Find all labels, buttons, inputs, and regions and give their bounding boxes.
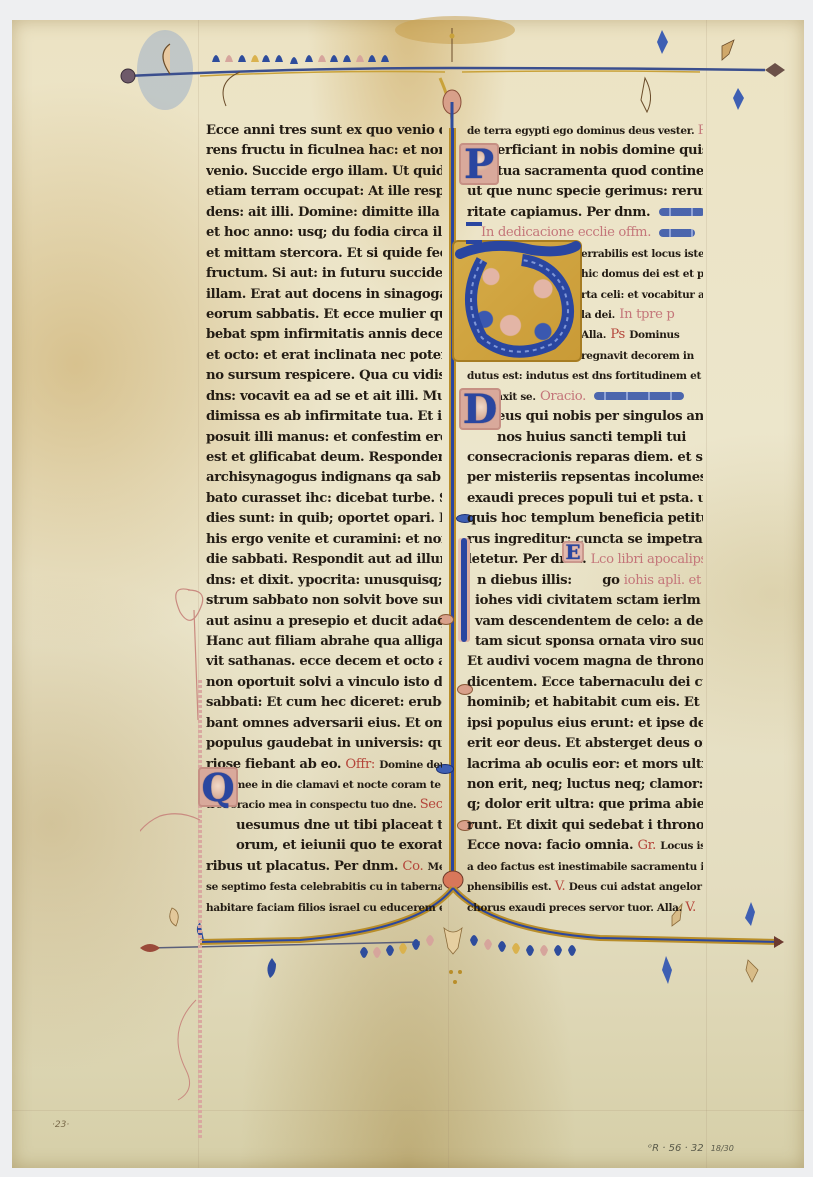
text-line: erficiant in nobis domine quis bbox=[467, 141, 703, 161]
initial-p: P bbox=[459, 143, 499, 185]
text-line: rus ingreditur: cuncta se impetrasse bbox=[467, 530, 703, 550]
initial-letter: P bbox=[459, 143, 499, 185]
text-line: Hanc aut filiam abrahe qua alliga bbox=[206, 632, 442, 652]
text-line: bebat spm infirmitatis annis decem bbox=[206, 325, 442, 345]
text-line: dicentem. Ecce tabernaculu dei cum bbox=[467, 673, 703, 693]
rubric-dedication: In dedicacione ecclie offm. bbox=[467, 225, 651, 240]
text-line: etiam terram occupat: At ille respon bbox=[206, 182, 442, 202]
text-fragment: phensibilis est. bbox=[467, 881, 551, 893]
text-fragment: Ecce nova: facio omnia. bbox=[467, 838, 633, 853]
text-line: dies sunt: in quib; oportet opari. In bbox=[206, 509, 442, 529]
text-fragment: ribus ut placatus. Per dnm. bbox=[206, 859, 398, 874]
line-filler bbox=[594, 392, 684, 400]
leaf-cluster-left bbox=[212, 55, 298, 64]
text-line: posuit illi manus: et confestim erecta bbox=[206, 428, 442, 448]
line-filler bbox=[659, 229, 695, 237]
lower-leaf-cluster bbox=[360, 935, 576, 958]
text-line: sabbati: Et cum hec diceret: erubesce bbox=[206, 693, 442, 713]
text-line: nos huius sancti templi tui bbox=[467, 428, 703, 448]
text-fragment: la dei. bbox=[581, 309, 615, 321]
text-line: per misteriis repsentas incolumes: bbox=[467, 468, 703, 488]
text-fragment: Alla. bbox=[581, 329, 606, 341]
rubric-iohannes: iohis apli. et bbox=[624, 573, 701, 588]
left-column: Ecce anni tres sunt ex quo venio que ren… bbox=[206, 121, 442, 918]
text-line: dns: et dixit. ypocrita: unusquisq; ve bbox=[206, 571, 442, 591]
text-line: de terra egypti ego dominus deus vester.… bbox=[467, 121, 703, 141]
initial-i-stroke bbox=[461, 538, 467, 642]
text-line: ipsi populus eius erunt: et ipse deus cu… bbox=[467, 714, 703, 734]
initial-letter: Q bbox=[198, 767, 238, 807]
text-line: his ergo venite et curamini: et non i bbox=[206, 530, 442, 550]
text-line: phensibilis est. V. Deus cui adstat ange… bbox=[467, 877, 703, 897]
text-line: habitare faciam filios israel cu educere… bbox=[206, 898, 442, 918]
text-line: dutus est: indutus est dns fortitudinem … bbox=[467, 366, 703, 386]
text-fragment: Locus iste bbox=[660, 840, 703, 852]
text-line: et mittam stercora. Et si quide fecerit bbox=[206, 244, 442, 264]
leaf-cluster-right bbox=[305, 55, 389, 62]
text-line: n diebus illis: go iohis apli. et bbox=[467, 571, 703, 591]
text-line: non oportuit solvi a vinculo isto die bbox=[206, 673, 442, 693]
shelfmark-text: ᵒR · 56 · 32 bbox=[648, 1143, 704, 1154]
text-line: dimissa es ab infirmitate tua. Et im bbox=[206, 407, 442, 427]
text-line: dens: ait illi. Domine: dimitte illa bbox=[206, 203, 442, 223]
text-line: lutis mee in die clamavi et nocte coram … bbox=[206, 775, 442, 795]
folio-text: 18/30 bbox=[711, 1144, 734, 1153]
text-line: bato curasset ihc: dicebat turbe. Sex bbox=[206, 489, 442, 509]
text-fragment: Deus cui adstat angelor bbox=[569, 881, 702, 893]
initial-d: D bbox=[459, 388, 501, 430]
text-line: Et audivi vocem magna de throno bbox=[467, 652, 703, 672]
initial-i: I bbox=[458, 538, 470, 642]
text-fragment: Men bbox=[428, 861, 442, 873]
text-line: chorus exaudi preces servor tuor. Alla. … bbox=[467, 898, 703, 918]
text-fragment: ritate capiamus. Per dnm. bbox=[467, 205, 650, 220]
text-line: tua sacramenta quod continent: bbox=[467, 162, 703, 182]
text-line: Ecce anni tres sunt ex quo venio que bbox=[206, 121, 442, 141]
rubric-gradual: Gr. bbox=[637, 838, 656, 853]
text-line: dns: vocavit ea ad se et ait illi. Mulie… bbox=[206, 387, 442, 407]
text-line: iohes vidi civitatem sctam ierlm no bbox=[467, 591, 703, 611]
text-line: fructum. Si aut: in futuru succide bbox=[206, 264, 442, 284]
text-line: strum sabbato non solvit bove suu bbox=[206, 591, 442, 611]
text-line: lacrima ab oculis eor: et mors ultra bbox=[467, 755, 703, 775]
text-line: et hoc anno: usq; du fodia circa illa bbox=[206, 223, 442, 243]
text-line: tam sicut sponsa ornata viro suo. bbox=[467, 632, 703, 652]
line-filler bbox=[659, 208, 703, 216]
rubric-communion: Co. bbox=[402, 859, 423, 874]
historiated-initial-t: T bbox=[452, 240, 582, 362]
initial-letter: E bbox=[562, 541, 584, 563]
text-line: quis hoc templum beneficia petitu bbox=[467, 509, 703, 529]
rubric-versicle-final: V. bbox=[685, 900, 696, 915]
text-line: ritate capiamus. Per dnm. bbox=[467, 203, 703, 223]
ruling-line bbox=[12, 1110, 804, 1111]
text-line: illam. Erat aut docens in sinagoga bbox=[206, 285, 442, 305]
text-line: eus qui nobis per singulos an bbox=[467, 407, 703, 427]
text-line: et octo: et erat inclinata nec poterat o bbox=[206, 346, 442, 366]
text-line: vit sathanas. ecce decem et octo annis bbox=[206, 652, 442, 672]
text-line: ut que nunc specie gerimus: rerum ve bbox=[467, 182, 703, 202]
text-line: bant omnes adversarii eius. Et omnis bbox=[206, 714, 442, 734]
text-fragment: Dominus bbox=[629, 329, 679, 341]
text-line: tret oracio mea in conspectu tuo dne. Se… bbox=[206, 795, 442, 815]
text-line: ribus ut placatus. Per dnm. Co. Men bbox=[206, 857, 442, 877]
text-line: consecracionis reparas diem. et sacris s… bbox=[467, 448, 703, 468]
text-fragment: n diebus illis: bbox=[477, 573, 572, 588]
text-line: non erit, neq; luctus neq; clamor: ne bbox=[467, 775, 703, 795]
text-line: die sabbati. Respondit aut ad illum bbox=[206, 550, 442, 570]
text-line: erit eor deus. Et absterget deus omne bbox=[467, 734, 703, 754]
text-line: orum, et ieiunii quo te exoratu bbox=[206, 836, 442, 856]
text-line: archisynagogus indignans qa sab bbox=[206, 468, 442, 488]
initial-blue-bar bbox=[466, 222, 482, 244]
rubric-tempore: In tpre p bbox=[619, 307, 674, 322]
text-fragment: go bbox=[602, 573, 619, 588]
text-line: exaudi preces populi tui et psta. ut qs bbox=[467, 489, 703, 509]
text-fragment: chorus exaudi preces servor tuor. Alla. bbox=[467, 902, 682, 914]
text-line: eorum sabbatis. Et ecce mulier que ha bbox=[206, 305, 442, 325]
text-line: hominib; et habitabit cum eis. Et bbox=[467, 693, 703, 713]
text-line: se septimo festa celebrabitis cu in tabe… bbox=[206, 877, 442, 897]
initial-letter: D bbox=[459, 388, 501, 430]
text-line: rens fructu in ficulnea hac: et non in bbox=[206, 141, 442, 161]
text-fragment: de terra egypti ego dominus deus vester. bbox=[467, 125, 694, 137]
rubric-postcommunion: Po:co. bbox=[698, 123, 703, 138]
corner-annotation: ·23· bbox=[52, 1120, 69, 1130]
text-line: populus gaudebat in universis: que glo bbox=[206, 734, 442, 754]
rubric-offertory: Offr: bbox=[345, 757, 375, 772]
text-line: q; dolor erit ultra: que prima abie bbox=[467, 795, 703, 815]
top-border-decoration bbox=[0, 0, 813, 130]
shelfmark-annotation: ᵒR · 56 · 32 18/30 bbox=[648, 1143, 734, 1154]
initial-e: E bbox=[562, 541, 584, 563]
text-line: venio. Succide ergo illam. Ut quid bbox=[206, 162, 442, 182]
text-line: aut asinu a presepio et ducit adaquare: bbox=[206, 612, 442, 632]
rubric-versicle: V. bbox=[555, 879, 566, 894]
rubric-lectio: Lco libri apocalipsis: bbox=[591, 552, 703, 567]
text-line: riose fiebant ab eo. Offr: Domine deus s… bbox=[206, 755, 442, 775]
text-line: runt. Et dixit qui sedebat i throno. bbox=[467, 816, 703, 836]
text-line: vam descendentem de celo: a deo para bbox=[467, 612, 703, 632]
text-line: a deo factus est inestimabile sacramentu… bbox=[467, 857, 703, 877]
text-line: no sursum respicere. Qua cu vidisset bbox=[206, 366, 442, 386]
rubric-ps: Ps bbox=[610, 327, 625, 342]
t-letter-shape bbox=[452, 240, 582, 362]
text-line: precinxit se. Oracio. bbox=[467, 387, 703, 407]
text-line: letetur. Per dnm. Lco libri apocalipsis: bbox=[467, 550, 703, 570]
text-line: Ecce nova: facio omnia. Gr. Locus iste bbox=[467, 836, 703, 856]
initial-q: Q bbox=[198, 767, 238, 807]
text-fragment: Domine deus sa bbox=[379, 759, 442, 771]
text-line: uesumus dne ut tibi placeat tu bbox=[206, 816, 442, 836]
rubric-secret: Secr: bbox=[420, 797, 442, 812]
text-line: est et glificabat deum. Respondens aut bbox=[206, 448, 442, 468]
rubric-oratio: Oracio. bbox=[540, 389, 586, 404]
